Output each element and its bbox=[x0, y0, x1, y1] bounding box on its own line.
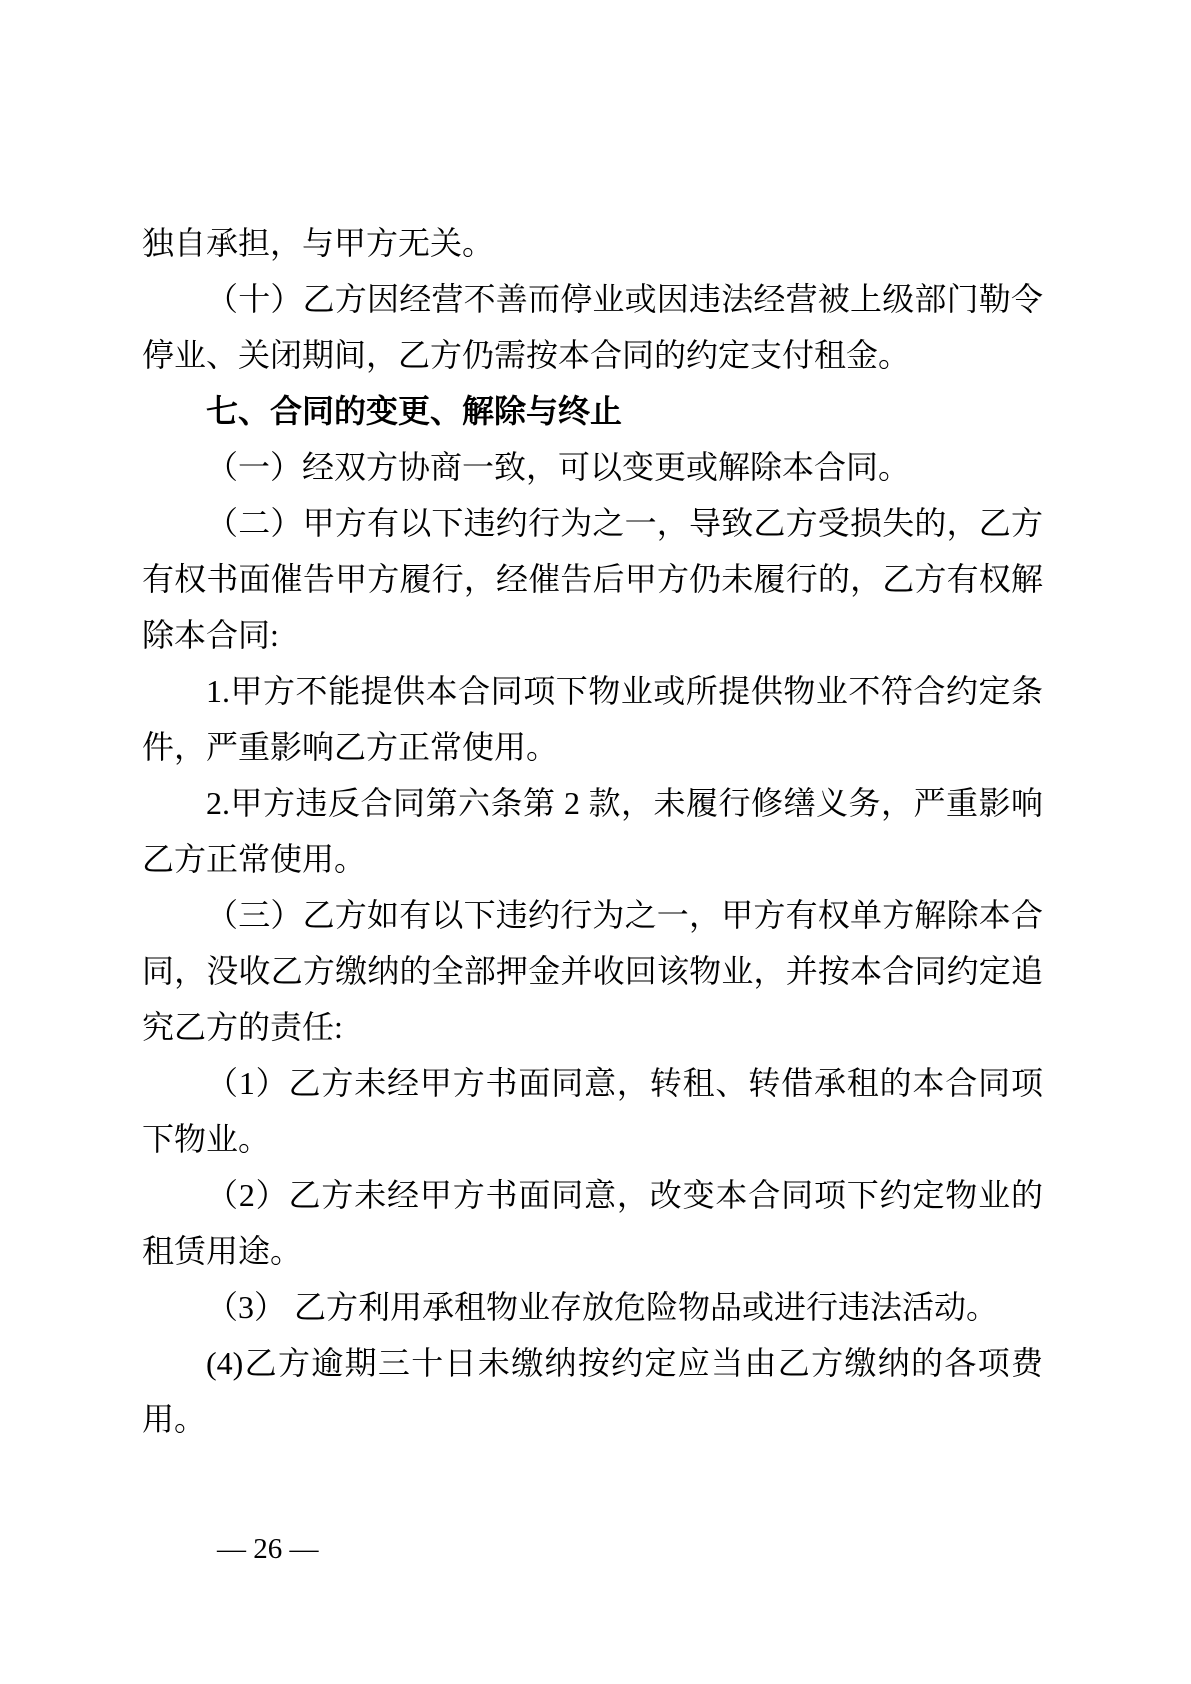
document-page: 独自承担，与甲方无关。 （十）乙方因经营不善而停业或因违法经营被上级部门勒令停业… bbox=[0, 0, 1191, 1684]
paragraph: （三）乙方如有以下违约行为之一，甲方有权单方解除本合同，没收乙方缴纳的全部押金并… bbox=[142, 887, 1043, 1055]
paragraph: （二）甲方有以下违约行为之一，导致乙方受损失的，乙方有权书面催告甲方履行，经催告… bbox=[142, 495, 1043, 663]
paragraph: （1）乙方未经甲方书面同意，转租、转借承租的本合同项下物业。 bbox=[142, 1055, 1043, 1167]
paragraph: （2）乙方未经甲方书面同意，改变本合同项下约定物业的租赁用途。 bbox=[142, 1167, 1043, 1279]
paragraph: 2.甲方违反合同第六条第 2 款，未履行修缮义务，严重影响乙方正常使用。 bbox=[142, 775, 1043, 887]
paragraph: （十）乙方因经营不善而停业或因违法经营被上级部门勒令停业、关闭期间，乙方仍需按本… bbox=[142, 271, 1043, 383]
paragraph: 1.甲方不能提供本合同项下物业或所提供物业不符合约定条件，严重影响乙方正常使用。 bbox=[142, 663, 1043, 775]
page-number: — 26 — bbox=[217, 1533, 319, 1565]
contract-body: 独自承担，与甲方无关。 （十）乙方因经营不善而停业或因违法经营被上级部门勒令停业… bbox=[142, 215, 1043, 1447]
paragraph: （3） 乙方利用承租物业存放危险物品或进行违法活动。 bbox=[142, 1279, 1043, 1335]
page-footer: — 26 — bbox=[188, 1486, 319, 1612]
paragraph: 独自承担，与甲方无关。 bbox=[142, 215, 1043, 271]
paragraph: （一）经双方协商一致，可以变更或解除本合同。 bbox=[142, 439, 1043, 495]
paragraph: (4)乙方逾期三十日未缴纳按约定应当由乙方缴纳的各项费用。 bbox=[142, 1335, 1043, 1447]
section-heading: 七、合同的变更、解除与终止 bbox=[142, 383, 1043, 439]
